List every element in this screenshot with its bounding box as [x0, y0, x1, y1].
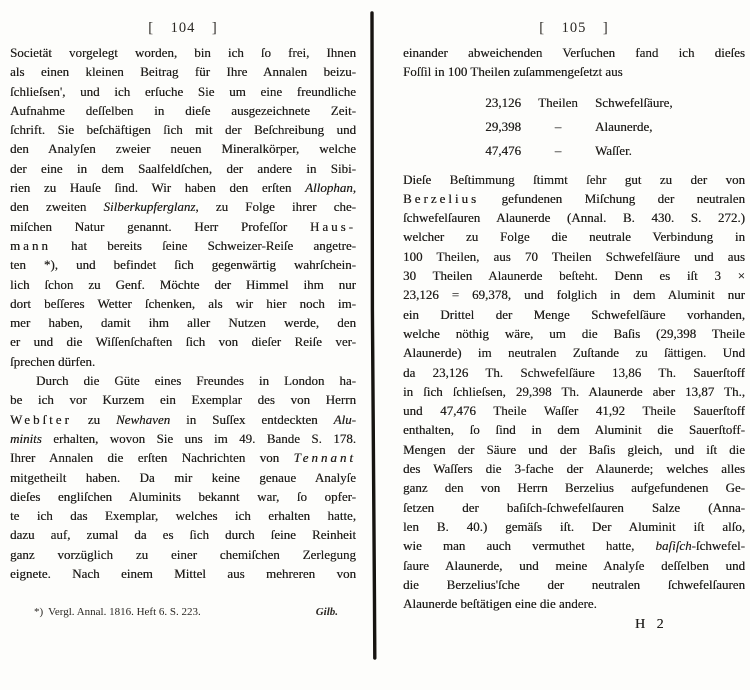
footnote-text: *)Vergl. Annal. 1816. Heft 6. S. 223. — [34, 605, 201, 620]
page-104-text: Societät vorgelegt worden, bin ich ſo fr… — [10, 43, 356, 583]
text-segment: dort beſſeres Wetter ſchenken, als wir h… — [10, 296, 356, 311]
text-line: be ich vor Kurzem ein Exemplar des von H… — [10, 390, 356, 409]
text-line: ganz den von Herrn Berzelius aufgefunden… — [403, 478, 745, 497]
text-segment: ſchlieſsen', und ich erſuche Sie um eine… — [10, 84, 356, 99]
text-segment: Durch die Güte eines Freundes in London … — [36, 373, 356, 388]
text-line: 30 Theilen Alaunerde beſteht. Denn es iſ… — [403, 266, 745, 285]
text-line: in ſich ſchlieſsen, 29,398 Th. Alaunerde… — [403, 382, 745, 401]
text-segment: Societät vorgelegt worden, bin ich ſo fr… — [10, 45, 356, 60]
text-line: als einen kleinen Beitrag für Ihre Annal… — [10, 62, 356, 81]
text-segment: und 47,476 Theile Waſſer 41,92 Theile Sa… — [403, 403, 745, 418]
book-spread: [ 104 ] Societät vorgelegt worden, bin i… — [0, 0, 750, 690]
text-line: ſchrift. Sie beſchäftigen ſich mit der B… — [10, 120, 356, 139]
text-line: den zweiten Silberkupferglanz, zu Folge … — [10, 197, 356, 216]
text-line: rien zu Hauſe ſind. Wir haben den erſten… — [10, 178, 356, 197]
text-line: ſchwefelſauren Alaunerde (Annal. B. 430.… — [403, 208, 745, 227]
italic-text: Allophan, — [305, 180, 356, 195]
page-105: [ 105 ] einander abweichenden Verſuchen … — [403, 0, 745, 690]
component-name: Alaunerde, — [595, 115, 652, 139]
text-segment: be ich vor Kurzem ein Exemplar des von H… — [10, 392, 356, 407]
letterspaced-name: Berzelius — [403, 191, 479, 206]
text-line: Durch die Güte eines Freundes in London … — [10, 371, 356, 390]
text-segment: Foſſil in 100 Theilen zuſammengeſetzt au… — [403, 64, 623, 79]
text-segment: lich ſchon zu Genf. Möchte der Himmel ih… — [10, 277, 356, 292]
text-line: ſaure Alaunerde, und meine Analyſe deſſe… — [403, 556, 745, 575]
text-segment: Mengen der Säure und der Baſis gleich, u… — [403, 442, 745, 457]
text-line: wie man auch vermuthet hatte, baſiſch-ſc… — [403, 536, 745, 555]
text-segment: wie man auch vermuthet hatte, — [403, 538, 655, 553]
text-line: er und die Wiſſenſchaften ſich von dieſe… — [10, 332, 356, 351]
text-line: Alaunerde) im neutralen Zuſtande zu ſätt… — [403, 343, 745, 362]
text-segment: ſchrift. Sie beſchäftigen ſich mit der B… — [10, 122, 356, 137]
text-segment: in Suſſex entdeckten — [170, 412, 333, 427]
text-line: dazu auf, zumal da es ſich durch ſeine R… — [10, 525, 356, 544]
text-segment: 100 Theilen, aus 70 Theilen Schwefelſäur… — [403, 249, 745, 264]
text-line: miſchen Natur genannt. Herr Profeſſor Ha… — [10, 217, 356, 236]
text-line: dort beſſeres Wetter ſchenken, als wir h… — [10, 294, 356, 313]
text-segment: eignete. Nach einem Mittel aus mehreren … — [10, 566, 356, 581]
text-segment: ein Drittel der Menge Schwefelſäure vorh… — [403, 307, 745, 322]
text-line: mann hat bereits ſeine Schweizer-Reiſe a… — [10, 236, 356, 255]
text-line: 100 Theilen, aus 70 Theilen Schwefelſäur… — [403, 247, 745, 266]
text-line: Aufnahme deſſelben in dieſe ausgezeichne… — [10, 101, 356, 120]
text-segment: ten *), und befindet ſich gegenwärtig wa… — [10, 257, 356, 272]
page-number-left: [ 104 ] — [10, 20, 356, 37]
text-line: welcher zu Folge die neutrale Verbindung… — [403, 227, 745, 246]
text-line: mer haben, damit ihm aller Nutzen werde,… — [10, 313, 356, 332]
text-line: Dieſe Beſtimmung ſtimmt ſehr gut zu der … — [403, 170, 745, 189]
footnote: *)Vergl. Annal. 1816. Heft 6. S. 223. Gi… — [10, 605, 356, 620]
text-line: Societät vorgelegt worden, bin ich ſo fr… — [10, 43, 356, 62]
amount-value: 23,126 — [403, 91, 521, 115]
text-segment: , zu Folge ihrer che- — [195, 199, 356, 214]
letterspaced-name: mann — [10, 238, 51, 253]
text-line: dieſes engliſchen Aluminits bekannt war,… — [10, 487, 356, 506]
text-line: da 23,126 Th. Schwefelſäure 13,86 Th. Sa… — [403, 363, 745, 382]
text-segment: welche nöthig wäre, um die Baſis (29,398… — [403, 326, 745, 341]
text-segment: Dieſe Beſtimmung ſtimmt ſehr gut zu der … — [403, 172, 745, 187]
text-line: den Analyſen zweier neuen Mineralkörper,… — [10, 139, 356, 158]
composition-row: 47,476–Waſſer. — [403, 139, 745, 163]
text-line: Webſter zu Newhaven in Suſſex entdeckten… — [10, 410, 356, 429]
text-line: ganz vorzüglich zu einer chemiſchen Zerl… — [10, 545, 356, 564]
text-line: welche nöthig wäre, um die Baſis (29,398… — [403, 324, 745, 343]
italic-text: Silberkupferglanz — [103, 199, 195, 214]
ditto-dash: – — [521, 115, 595, 139]
page-105-text: einander abweichenden Verſuchen fand ich… — [403, 43, 745, 613]
text-segment: -ſchwefel- — [692, 538, 745, 553]
text-segment: den Analyſen zweier neuen Mineralkörper,… — [10, 141, 356, 156]
italic-text: baſiſch — [655, 538, 691, 553]
amount-value: 29,398 — [403, 115, 521, 139]
text-segment: te ich das Exemplar, welches ich erhalte… — [10, 508, 356, 523]
component-name: Waſſer. — [595, 139, 632, 163]
text-line: lich ſchon zu Genf. Möchte der Himmel ih… — [10, 275, 356, 294]
text-line: eignete. Nach einem Mittel aus mehreren … — [10, 564, 356, 583]
composition-row: 23,126TheilenSchwefelſäure, — [403, 91, 745, 115]
text-segment: er und die Wiſſenſchaften ſich von dieſe… — [10, 334, 356, 349]
text-line: Ihrer Annalen die erſten Nachrichten von… — [10, 448, 356, 467]
composition-table: 23,126TheilenSchwefelſäure,29,398–Alaune… — [403, 91, 745, 163]
text-segment: miſchen Natur genannt. Herr Profeſſor — [10, 219, 310, 234]
text-segment: hat bereits ſeine Schweizer-Reiſe angetr… — [51, 238, 356, 253]
page-number-right: [ 105 ] — [403, 20, 745, 37]
text-line: des Waſſers die 3-fache der Alaunerde; w… — [403, 459, 745, 478]
text-segment: die Berzelius'ſche der neutralen ſchwefe… — [403, 577, 745, 592]
text-segment: Aufnahme deſſelben in dieſe ausgezeichne… — [10, 103, 356, 118]
component-name: Schwefelſäure, — [595, 91, 673, 115]
text-line: Berzelius gefundenen Miſchung der neutra… — [403, 189, 745, 208]
text-segment: enthalten, ſo ſind in dem Aluminit die S… — [403, 422, 745, 437]
text-segment: rien zu Hauſe ſind. Wir haben den erſten — [10, 180, 305, 195]
text-line: enthalten, ſo ſind in dem Aluminit die S… — [403, 420, 745, 439]
letterspaced-name: Tennant — [294, 450, 356, 465]
text-line: einander abweichenden Verſuchen fand ich… — [403, 43, 745, 62]
text-segment: ganz vorzüglich zu einer chemiſchen Zerl… — [10, 547, 356, 562]
amount-value: 47,476 — [403, 139, 521, 163]
text-segment: erhalten, wovon Sie uns im 49. Bande S. … — [42, 431, 356, 446]
text-line: die Berzelius'ſche der neutralen ſchwefe… — [403, 575, 745, 594]
text-segment: in ſich ſchlieſsen, 29,398 Th. Alaunerde… — [403, 384, 745, 399]
text-segment: als einen kleinen Beitrag für Ihre Annal… — [10, 64, 356, 79]
text-segment: der eine in dem Saalfeldſchen, der ander… — [10, 161, 356, 176]
text-segment: Alaunerde beſtätigen eine die andere. — [403, 596, 597, 611]
text-segment: zu — [72, 412, 116, 427]
text-segment: 23,126 = 69,378, und folglich in dem Alu… — [403, 287, 745, 302]
text-line: Foſſil in 100 Theilen zuſammengeſetzt au… — [403, 62, 745, 81]
page-104: [ 104 ] Societät vorgelegt worden, bin i… — [10, 0, 356, 690]
text-segment: da 23,126 Th. Schwefelſäure 13,86 Th. Sa… — [403, 365, 745, 380]
text-line: len B. 40.) gemäſs iſt. Der Aluminit iſt… — [403, 517, 745, 536]
text-segment: ſetzen der baſiſch-ſchwefelſauren Salze … — [403, 500, 745, 515]
text-segment: ſaure Alaunerde, und meine Analyſe deſſe… — [403, 558, 745, 573]
text-line: 23,126 = 69,378, und folglich in dem Alu… — [403, 285, 745, 304]
text-line: Alaunerde beſtätigen eine die andere. — [403, 594, 745, 613]
text-segment: dazu auf, zumal da es ſich durch ſeine R… — [10, 527, 356, 542]
text-line: mitgetheilt haben. Da mir keine genaue A… — [10, 468, 356, 487]
sheet-signature: H 2 — [403, 617, 745, 633]
text-segment: ganz den von Herrn Berzelius aufgefunden… — [403, 480, 745, 495]
text-segment: des Waſſers die 3-fache der Alaunerde; w… — [403, 461, 745, 476]
text-line: ſprechen dürfen. — [10, 352, 356, 371]
page-gutter-line — [362, 0, 386, 690]
ditto-dash: Theilen — [521, 91, 595, 115]
letterspaced-name: Webſter — [10, 412, 72, 427]
italic-text: minits — [10, 431, 42, 446]
text-segment: mitgetheilt haben. Da mir keine genaue A… — [10, 470, 356, 485]
text-line: und 47,476 Theile Waſſer 41,92 Theile Sa… — [403, 401, 745, 420]
text-segment: 30 Theilen Alaunerde beſteht. Denn es iſ… — [403, 268, 745, 283]
text-line: ſchlieſsen', und ich erſuche Sie um eine… — [10, 82, 356, 101]
letterspaced-name: Haus- — [310, 219, 356, 234]
text-line: te ich das Exemplar, welches ich erhalte… — [10, 506, 356, 525]
composition-row: 29,398–Alaunerde, — [403, 115, 745, 139]
italic-text: Alu- — [334, 412, 356, 427]
text-segment: len B. 40.) gemäſs iſt. Der Aluminit iſt… — [403, 519, 745, 534]
text-segment: gefundenen Miſchung der neutralen — [479, 191, 745, 206]
text-segment: den zweiten — [10, 199, 103, 214]
text-segment: welcher zu Folge die neutrale Verbindung… — [403, 229, 745, 244]
text-line: der eine in dem Saalfeldſchen, der ander… — [10, 159, 356, 178]
text-segment: ſchwefelſauren Alaunerde (Annal. B. 430.… — [403, 210, 745, 225]
text-segment: dieſes engliſchen Aluminits bekannt war,… — [10, 489, 356, 504]
footnote-reference: Vergl. Annal. 1816. Heft 6. S. 223. — [48, 606, 201, 618]
text-segment: Alaunerde) im neutralen Zuſtande zu ſätt… — [403, 345, 745, 360]
text-line: ein Drittel der Menge Schwefelſäure vorh… — [403, 305, 745, 324]
text-segment: Ihrer Annalen die erſten Nachrichten von — [10, 450, 294, 465]
text-segment: mer haben, damit ihm aller Nutzen werde,… — [10, 315, 356, 330]
text-line: ſetzen der baſiſch-ſchwefelſauren Salze … — [403, 498, 745, 517]
italic-text: Newhaven — [116, 412, 170, 427]
text-segment: einander abweichenden Verſuchen fand ich… — [403, 45, 745, 60]
text-line: Mengen der Säure und der Baſis gleich, u… — [403, 440, 745, 459]
ditto-dash: – — [521, 139, 595, 163]
footnote-author: Gilb. — [316, 605, 338, 620]
text-line: ten *), und befindet ſich gegenwärtig wa… — [10, 255, 356, 274]
text-line: minits erhalten, wovon Sie uns im 49. Ba… — [10, 429, 356, 448]
text-segment: ſprechen dürfen. — [10, 354, 95, 369]
footnote-marker: *) — [34, 606, 43, 618]
